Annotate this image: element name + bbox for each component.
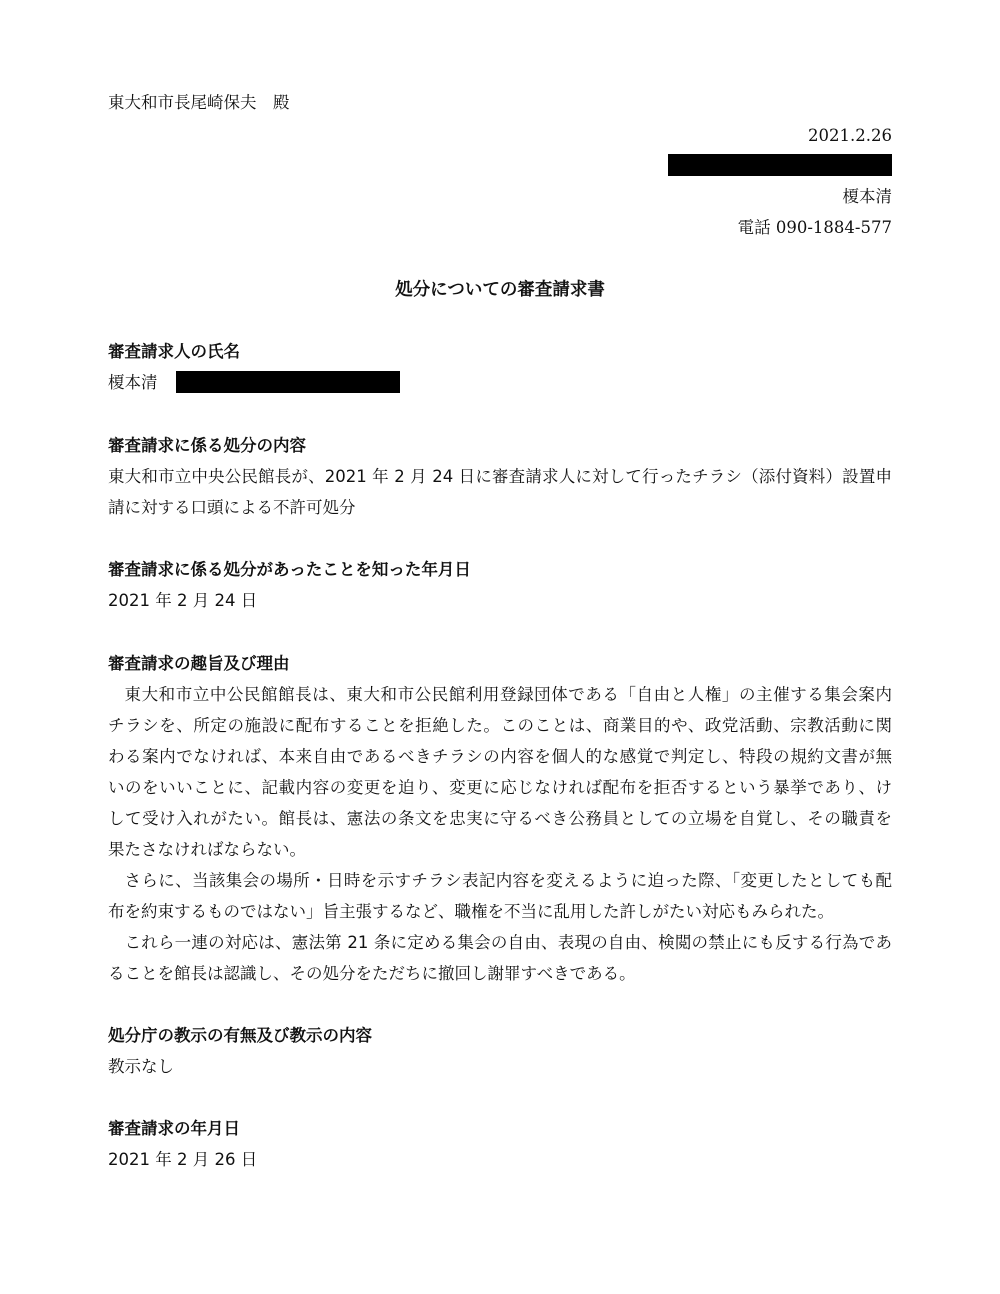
reason-line: これら一連の対応は、憲法第 21 条に定める集会の自由、表現の自由、検閲の禁止に… [108, 932, 892, 954]
disposition-content-line: 東大和市立中央公民館長が、2021 年 2 月 24 日に審査請求人に対して行っ… [108, 466, 892, 488]
reason-line: ることを館長は認識し、その処分をただちに撤回し謝罪すべきである。 [108, 963, 636, 985]
reason-line: いのをいいことに、記載内容の変更を迫り、変更に応じなければ配布を拒否するという暴… [108, 777, 892, 799]
document-title: 処分についての審査請求書 [0, 279, 1000, 301]
addressee: 東大和市長尾崎保夫 殿 [108, 92, 290, 114]
section-heading-request-date: 審査請求の年月日 [108, 1118, 240, 1140]
redacted-address [668, 154, 892, 176]
instruction-content: 教示なし [108, 1056, 174, 1078]
section-heading-instruction: 処分庁の教示の有無及び教示の内容 [108, 1025, 372, 1047]
redacted-requester-address [176, 371, 400, 393]
reason-line: 布を約束するものではない」旨主張するなど、職権を不当に乱用した許しがたい対応もみ… [108, 901, 834, 923]
reason-line: 東大和市立中公民館館長は、東大和市公民館利用登録団体である「自由と人権」の主催す… [108, 684, 892, 706]
sender-name: 榎本清 [843, 186, 893, 208]
disposition-content-line: 請に対する口頭による不許可処分 [108, 497, 356, 519]
section-heading-purpose-reasons: 審査請求の趣旨及び理由 [108, 653, 290, 675]
requester-name: 榎本清 [108, 372, 158, 394]
phone-label: 電話 [738, 218, 771, 237]
phone-number: 090-1884-577 [776, 218, 892, 237]
reason-line: わる案内でなければ、本来自由であるべきチラシの内容を個人的な感覚で判定し、特段の… [108, 746, 892, 768]
reason-line: さらに、当該集会の場所・日時を示すチラシ表記内容を変えるように迫った際、「変更し… [108, 870, 892, 892]
reason-line: して受け入れがたい。館長は、憲法の条文を忠実に守るべき公務員としての立場を自覚し… [108, 808, 892, 830]
sender-phone: 電話 090-1884-577 [738, 217, 892, 239]
section-heading-requester-name: 審査請求人の氏名 [108, 341, 240, 363]
section-heading-date-known: 審査請求に係る処分があったことを知った年月日 [108, 559, 471, 581]
document-date: 2021.2.26 [808, 125, 892, 147]
date-known: 2021 年 2 月 24 日 [108, 590, 257, 612]
section-heading-disposition-content: 審査請求に係る処分の内容 [108, 435, 306, 457]
reason-line: 果たさなければならない。 [108, 839, 306, 861]
reason-line: チラシを、所定の施設に配布することを拒絶した。このことは、商業目的や、政党活動、… [108, 715, 892, 737]
request-date: 2021 年 2 月 26 日 [108, 1149, 257, 1171]
